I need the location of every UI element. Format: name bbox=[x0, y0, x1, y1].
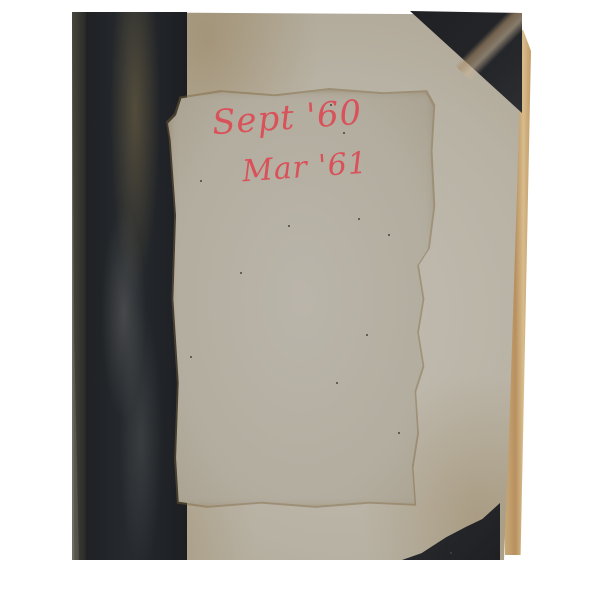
paper-speck bbox=[240, 272, 242, 274]
paper-speck bbox=[288, 225, 290, 227]
paper-speck bbox=[200, 180, 202, 182]
paper-speck bbox=[450, 552, 452, 554]
paper-speck bbox=[336, 382, 338, 384]
paper-speck bbox=[358, 218, 360, 220]
paper-speck bbox=[388, 234, 390, 236]
paper-speck bbox=[366, 334, 368, 336]
notebook-photo: Sept '60 Mar '61 bbox=[0, 0, 600, 600]
paper-speck bbox=[398, 432, 400, 434]
cloth-spine bbox=[72, 12, 187, 560]
paper-speck bbox=[190, 356, 192, 358]
spine-edge bbox=[72, 12, 86, 560]
